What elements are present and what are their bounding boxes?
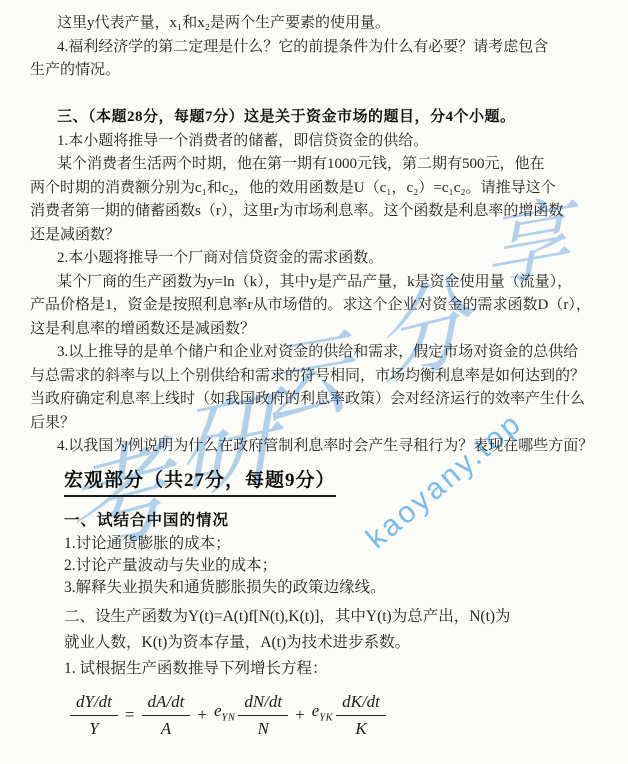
line-text: 宏观部分（共27分，每题9分） <box>64 470 336 497</box>
text-line: 还是减函数？ <box>30 224 620 248</box>
text-line: 4.以我国为例说明为什么在政府管制利息率时会产生寻租行为？表现在哪些方面？ <box>30 435 620 459</box>
fraction-numerator: dN/dt <box>238 691 288 716</box>
fraction-term3: dK/dt K <box>336 691 386 740</box>
text-line: 1.讨论通货膨胀的成本； <box>64 533 628 555</box>
fraction-denominator: K <box>355 716 366 740</box>
line-text: 某个厂商的生产函数为y=ln（k），其中y是产品产量，k是资金使用量（流量）， <box>57 274 572 290</box>
text-line: 就业人数，K(t)为资本存量，A(t)为技术进步系数。 <box>64 630 628 656</box>
text-line: 1. 试根据生产函数推导下列增长方程： <box>64 656 628 682</box>
line-text: 1. 试根据生产函数推导下列增长方程： <box>64 660 328 677</box>
text-line: 2.讨论产量波动与失业的成本； <box>64 555 628 577</box>
line-text: 消费者第一期的储蓄函数s（r），这里r为市场利息率。这个函数是利息率的增函数 <box>30 203 563 219</box>
section-title: 宏观部分（共27分，每题9分） <box>64 467 628 495</box>
fraction-term2: dN/dt N <box>238 691 288 740</box>
macro-lines: 宏观部分（共27分，每题9分）一、试结合中国的情况1.讨论通货膨胀的成本；2.讨… <box>64 467 628 682</box>
text-line: 4.福利经济学的第二定理是什么？它的前提条件为什么有必要？请考虑包含 <box>30 36 620 60</box>
text-line: 2.本小题将推导一个厂商对信贷资金的需求函数。 <box>30 247 620 271</box>
text-line: 3.以上推导的是单个储户和企业对资金的供给和需求，假定市场对资金的总供给 <box>30 341 620 365</box>
plus-sign: + <box>197 704 207 726</box>
exam-document-page: 考 研 云 分 享 kaoyany.top 这里y代表产量，x₁和x₂是两个生产… <box>0 0 628 764</box>
text-line: 某个厂商的生产函数为y=ln（k），其中y是产品产量，k是资金使用量（流量）， <box>30 271 620 295</box>
line-text: 1.讨论通货膨胀的成本； <box>64 535 231 552</box>
text-line: 两个时期的消费额分别为c₁和c₂，他的效用函数是U（c₁，c₂）=c₁c₂。请推… <box>30 177 620 201</box>
line-text: 后果？ <box>30 415 75 431</box>
line-text: 还是减函数？ <box>30 227 120 243</box>
line-text: 4.以我国为例说明为什么在政府管制利息率时会产生寻租行为？表现在哪些方面？ <box>57 438 593 454</box>
equals-sign: = <box>125 704 135 726</box>
line-text: 4.福利经济学的第二定理是什么？它的前提条件为什么有必要？请考虑包含 <box>57 39 548 55</box>
text-line: 这里y代表产量，x₁和x₂是两个生产要素的使用量。 <box>30 12 620 36</box>
line-text: 一、试结合中国的情况 <box>64 512 229 529</box>
fraction-denominator: Y <box>89 716 98 740</box>
micro-section: 这里y代表产量，x₁和x₂是两个生产要素的使用量。4.福利经济学的第二定理是什么… <box>0 0 628 459</box>
text-line: 3.解释失业损失和通货膨胀损失的政策边缘线。 <box>64 577 628 599</box>
line-text: 两个时期的消费额分别为c₁和c₂，他的效用函数是U（c₁，c₂）=c₁c₂。请推… <box>30 180 556 196</box>
coefficient-subscript: YN <box>221 713 235 724</box>
line-text: 就业人数，K(t)为资本存量，A(t)为技术进步系数。 <box>64 634 410 651</box>
fraction-term1: dA/dt A <box>142 691 191 740</box>
text-line: 产品价格是1，资金是按照利息率r从市场借的。求这个企业对资金的需求函数D（r）， <box>30 294 620 318</box>
elasticity-coefficient: eYN <box>214 700 235 729</box>
elasticity-coefficient: eYK <box>312 700 333 729</box>
fraction-numerator: dA/dt <box>142 691 191 716</box>
line-text: 这里y代表产量，x₁和x₂是两个生产要素的使用量。 <box>57 15 390 31</box>
line-text: 三、（本题28分，每题7分）这是关于资金市场的题目，分4个小题。 <box>57 109 516 125</box>
text-line: 生产的情况。 <box>30 59 620 83</box>
heading-line: 一、试结合中国的情况 <box>64 510 628 532</box>
document-content: 这里y代表产量，x₁和x₂是两个生产要素的使用量。4.福利经济学的第二定理是什么… <box>0 0 628 740</box>
line-text: 1.本小题将推导一个消费者的储蓄，即信贷资金的供给。 <box>57 133 428 149</box>
text-line: 某个消费者生活两个时期，他在第一期有1000元钱，第二期有500元，他在 <box>30 153 620 177</box>
line-text: 这是利息率的增函数还是减函数？ <box>30 321 255 337</box>
text-line: 后果？ <box>30 412 620 436</box>
line-text: 产品价格是1，资金是按照利息率r从市场借的。求这个企业对资金的需求函数D（r）， <box>30 297 591 313</box>
blank-line <box>30 83 620 107</box>
line-text: 生产的情况。 <box>30 62 120 78</box>
macro-section: 宏观部分（共27分，每题9分）一、试结合中国的情况1.讨论通货膨胀的成本；2.讨… <box>64 467 628 740</box>
coefficient-subscript: YK <box>319 713 333 724</box>
heading-line: 三、（本题28分，每题7分）这是关于资金市场的题目，分4个小题。 <box>30 106 620 130</box>
line-text: 3.解释失业损失和通货膨胀损失的政策边缘线。 <box>64 579 386 596</box>
line-text: 某个消费者生活两个时期，他在第一期有1000元钱，第二期有500元，他在 <box>57 156 545 172</box>
line-text: 2.本小题将推导一个厂商对信贷资金的需求函数。 <box>57 250 383 266</box>
text-line: 1.本小题将推导一个消费者的储蓄，即信贷资金的供给。 <box>30 130 620 154</box>
fraction-numerator: dK/dt <box>336 691 386 716</box>
fraction-denominator: A <box>161 716 171 740</box>
fraction-lhs: dY/dt Y <box>70 691 118 740</box>
line-text: 二、设生产函数为Y(t)=A(t)f[N(t),K(t)]，其中Y(t)为总产出… <box>64 608 511 625</box>
text-line: 这是利息率的增函数还是减函数？ <box>30 318 620 342</box>
fraction-denominator: N <box>258 716 269 740</box>
line-text: 与总需求的斜率与以上个别供给和需求的符号相同，市场均衡利息率是如何达到的？ <box>30 368 585 384</box>
text-line: 当政府确定利息率上线时（如我国政府的利息率政策）会对经济运行的效率产生什么 <box>30 388 620 412</box>
growth-equation: dY/dt Y = dA/dt A + eYN dN/dt N + eYK dK… <box>70 691 628 740</box>
line-text: 3.以上推导的是单个储户和企业对资金的供给和需求，假定市场对资金的总供给 <box>57 344 578 360</box>
plus-sign: + <box>295 704 305 726</box>
text-line: 二、设生产函数为Y(t)=A(t)f[N(t),K(t)]，其中Y(t)为总产出… <box>64 604 628 630</box>
line-text: 2.讨论产量波动与失业的成本； <box>64 557 277 574</box>
text-line: 与总需求的斜率与以上个别供给和需求的符号相同，市场均衡利息率是如何达到的？ <box>30 365 620 389</box>
text-line: 消费者第一期的储蓄函数s（r），这里r为市场利息率。这个函数是利息率的增函数 <box>30 200 620 224</box>
fraction-numerator: dY/dt <box>70 691 118 716</box>
line-text: 当政府确定利息率上线时（如我国政府的利息率政策）会对经济运行的效率产生什么 <box>30 391 585 407</box>
